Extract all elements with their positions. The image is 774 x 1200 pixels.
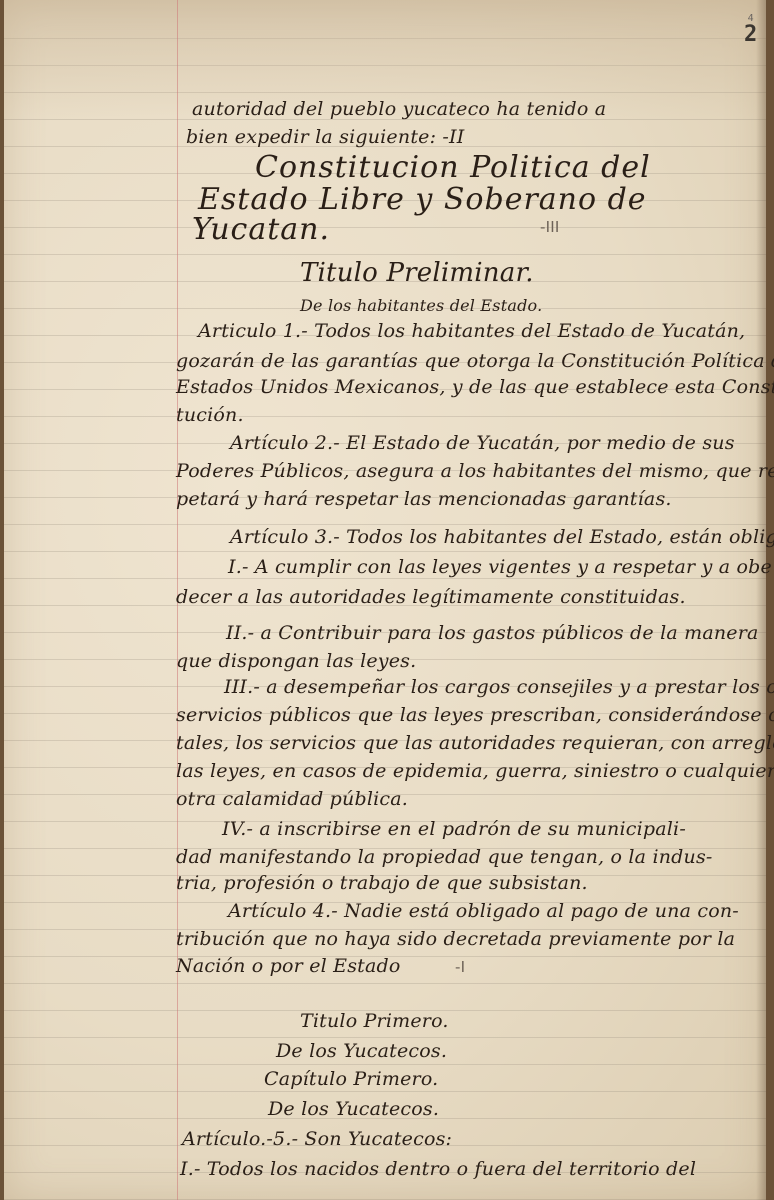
page-edge-shadow [756, 0, 766, 1200]
text-line: tribución que no haya sido decretada pre… [176, 928, 735, 950]
text-line: Artículo.-5.- Son Yucatecos: [182, 1128, 452, 1150]
margin-annotation: -I [455, 958, 465, 976]
section-heading: Titulo Preliminar. [300, 258, 534, 288]
document-title-line: Yucatan. [192, 212, 330, 247]
document-title-line: Constitucion Politica del [255, 150, 651, 185]
text-line: Poderes Públicos, asegura a los habitant… [176, 460, 774, 482]
text-line: dad manifestando la propiedad que tengan… [176, 846, 713, 868]
text-line: Titulo Primero. [300, 1010, 449, 1032]
text-line: De los habitantes del Estado. [300, 296, 542, 315]
text-line: otra calamidad pública. [176, 788, 408, 810]
text-line: II.- a Contribuir para los gastos públic… [226, 622, 759, 644]
text-line: decer a las autoridades legítimamente co… [176, 586, 686, 608]
text-line: III.- a desempeñar los cargos consejiles… [224, 676, 774, 698]
text-line: I.- Todos los nacidos dentro o fuera del… [180, 1158, 696, 1180]
text-line: servicios públicos que las leyes prescri… [176, 704, 774, 726]
text-line: Artículo 2.- El Estado de Yucatán, por m… [230, 432, 735, 454]
text-line: tución. [176, 404, 244, 426]
text-line: Nación o por el Estado [176, 955, 401, 977]
page-number-main: 2 [744, 24, 757, 46]
margin-annotation: -III [540, 218, 559, 236]
text-line: gozarán de las garantías que otorga la C… [176, 350, 774, 372]
text-line: tria, profesión o trabajo de que subsist… [176, 872, 588, 894]
text-line: Artículo 4.- Nadie está obligado al pago… [228, 900, 739, 922]
text-line: Estados Unidos Mexicanos, y de las que e… [176, 376, 774, 398]
text-line: Capítulo Primero. [264, 1068, 438, 1090]
text-line: bien expedir la siguiente: -II [186, 126, 464, 148]
text-line: Articulo 1.- Todos los habitantes del Es… [198, 320, 745, 342]
text-line: I.- A cumplir con las leyes vigentes y a… [228, 556, 772, 578]
text-line: De los Yucatecos. [268, 1098, 439, 1120]
text-line: IV.- a inscribirse en el padrón de su mu… [222, 818, 686, 840]
text-line: Artículo 3.- Todos los habitantes del Es… [230, 526, 774, 548]
manuscript-page: 4 2 autoridad del pueblo yucateco ha ten… [4, 0, 766, 1200]
text-line: petará y hará respetar las mencionadas g… [176, 488, 672, 510]
text-line: De los Yucatecos. [276, 1040, 447, 1062]
text-line: que dispongan las leyes. [176, 650, 416, 672]
text-line: autoridad del pueblo yucateco ha tenido … [192, 98, 606, 120]
text-line: tales, los servicios que las autoridades… [176, 732, 774, 754]
page-number: 4 2 [744, 14, 757, 46]
text-line: las leyes, en casos de epidemia, guerra,… [176, 760, 774, 782]
